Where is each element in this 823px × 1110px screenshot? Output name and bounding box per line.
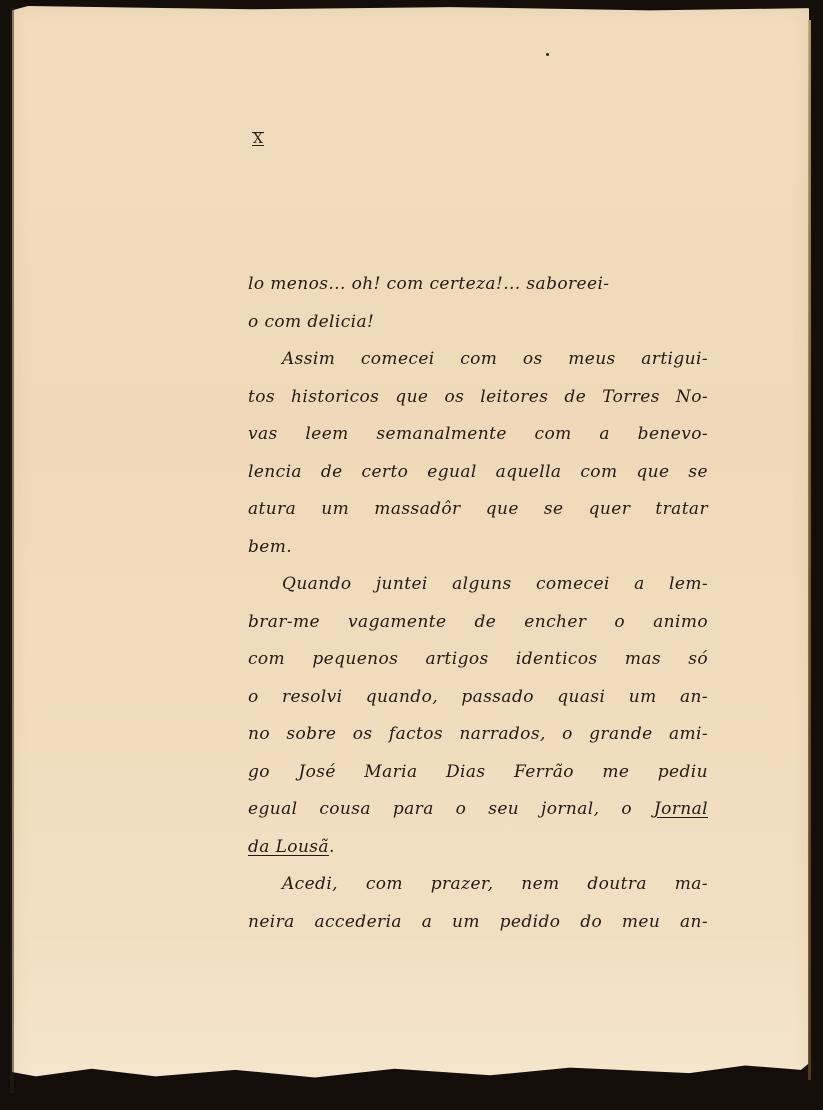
- paper-left-edge: [10, 8, 14, 1093]
- ink-speck: [546, 53, 549, 56]
- scanned-page: X lo menos... oh! com certeza!... sabore…: [0, 0, 823, 1110]
- text-line: atura um massadôr que se quer tratar: [248, 491, 708, 529]
- paragraph-start-line: Assim comecei com os meus artigui-: [248, 341, 708, 379]
- text-line: tos historicos que os leitores de Torres…: [248, 379, 708, 417]
- text-line: o resolvi quando, passado quasi um an-: [248, 679, 708, 717]
- text-line: com pequenos artigos identicos mas só: [248, 641, 708, 679]
- underlined-title: Jornal: [654, 799, 708, 819]
- text-line: egual cousa para o seu jornal, o Jornal: [248, 791, 708, 829]
- text-line: lo menos... oh! com certeza!... saboreei…: [248, 266, 708, 304]
- text-line: da Lousã.: [248, 829, 708, 867]
- paragraph-start-line: Quando juntei alguns comecei a lem-: [248, 566, 708, 604]
- text-line: o com delicia!: [248, 304, 708, 342]
- text-segment: egual cousa para o seu jornal, o: [248, 799, 654, 819]
- text-line: vas leem semanalmente com a benevo-: [248, 416, 708, 454]
- text-line: lencia de certo egual aquella com que se: [248, 454, 708, 492]
- text-line: neira accederia a um pedido do meu an-: [248, 904, 708, 942]
- text-line: bem.: [248, 529, 708, 567]
- page-fore-edge: [808, 20, 811, 1080]
- paragraph-start-line: Acedi, com prazer, nem doutra ma-: [248, 866, 708, 904]
- manuscript-text: lo menos... oh! com certeza!... saboreei…: [248, 266, 708, 941]
- text-segment: .: [329, 837, 335, 857]
- page-number: X: [252, 132, 264, 146]
- underlined-title: da Lousã: [248, 837, 329, 857]
- text-line: no sobre os factos narrados, o grande am…: [248, 716, 708, 754]
- text-line: go José Maria Dias Ferrão me pediu: [248, 754, 708, 792]
- text-line: brar-me vagamente de encher o animo: [248, 604, 708, 642]
